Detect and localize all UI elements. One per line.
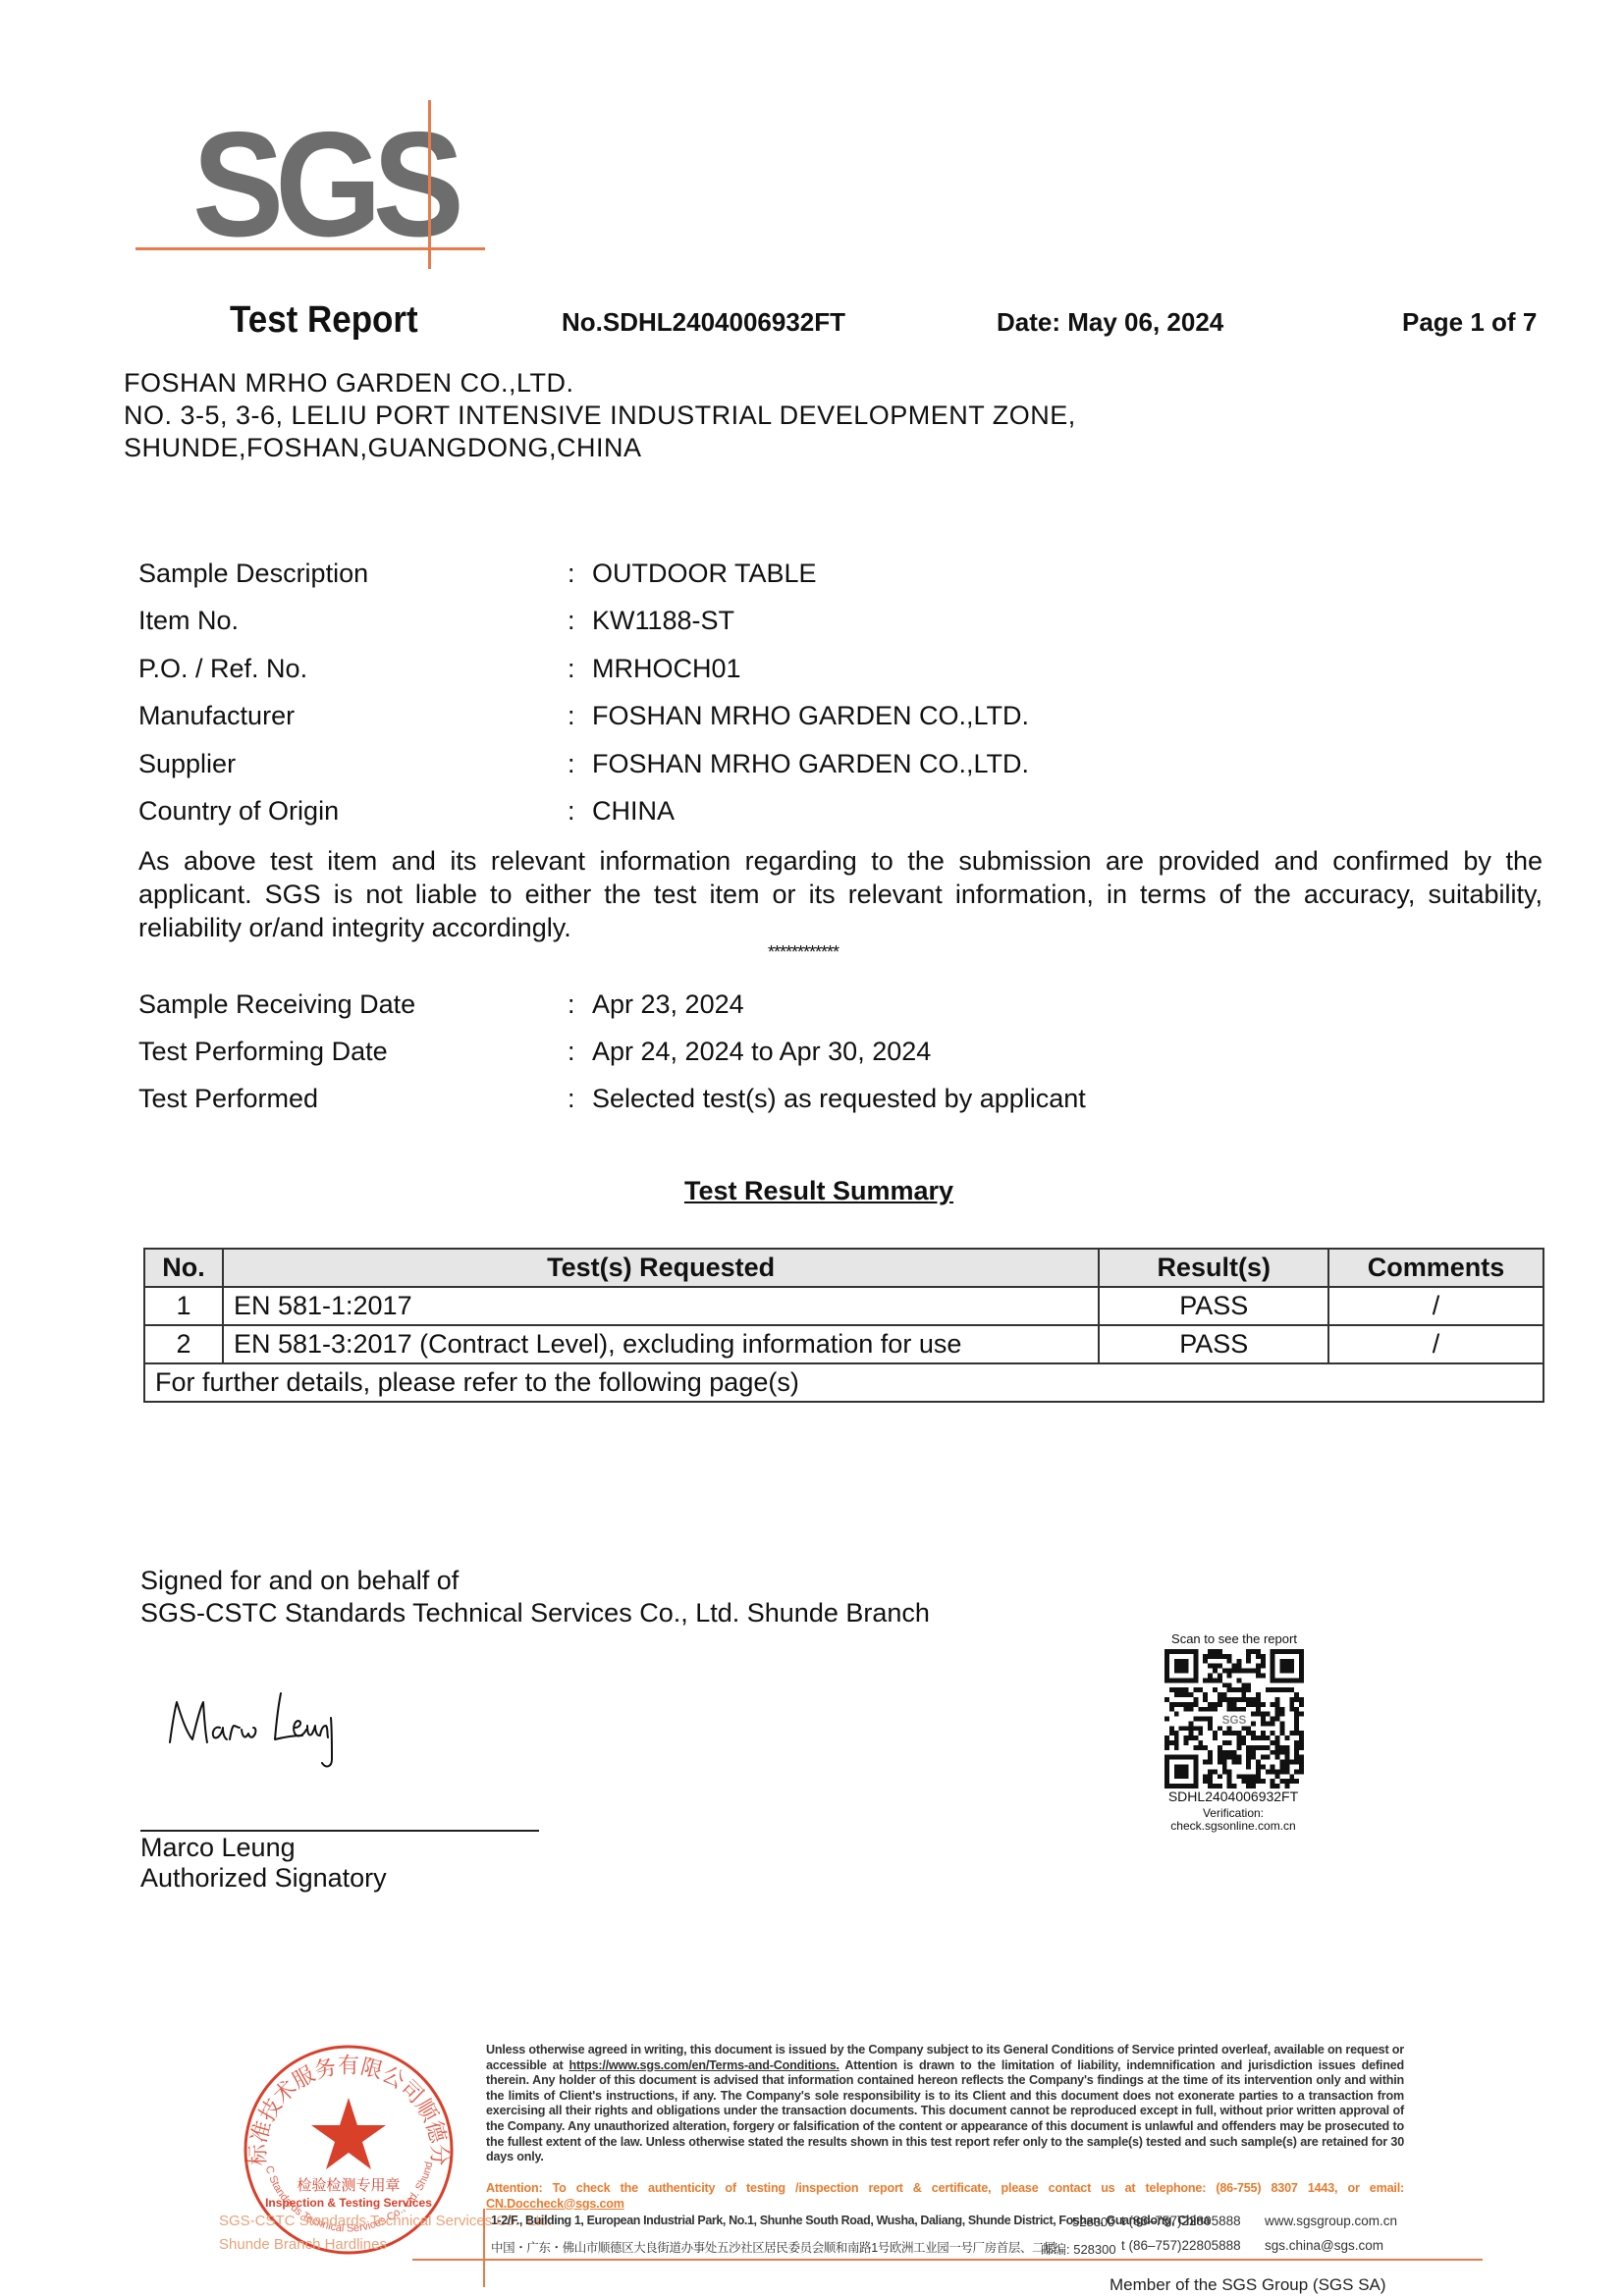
svg-text:检验检测专用章: 检验检测专用章: [297, 2176, 400, 2194]
sgs-logo-text: SGS: [192, 98, 456, 271]
qr-code[interactable]: SGS: [1164, 1649, 1304, 1789]
logo-vertical-rule: [428, 100, 431, 269]
date-colon: :: [568, 1084, 575, 1114]
detail-value: FOSHAN MRHO GARDEN CO.,LTD.: [592, 749, 1029, 779]
email-link[interactable]: sgs.china@sgs.com: [1265, 2238, 1383, 2253]
date-colon: :: [568, 1037, 575, 1067]
doccheck-email-link[interactable]: CN.Doccheck@sgs.com: [486, 2197, 624, 2211]
summary-title: Test Result Summary: [0, 1176, 1624, 1206]
applicant-name: FOSHAN MRHO GARDEN CO.,LTD.: [124, 368, 574, 399]
website-link[interactable]: www.sgsgroup.com.cn: [1265, 2214, 1397, 2228]
qr-caption: Scan to see the report: [1161, 1631, 1308, 1646]
detail-colon: :: [568, 796, 575, 827]
detail-colon: :: [568, 606, 575, 636]
detail-label: P.O. / Ref. No.: [138, 654, 307, 684]
detail-value: KW1188-ST: [592, 606, 734, 636]
detail-value: CHINA: [592, 796, 675, 827]
detail-label: Item No.: [138, 606, 239, 636]
signature-line: [140, 1830, 539, 1832]
column-header-no: No.: [144, 1249, 223, 1287]
terms-link[interactable]: https://www.sgs.com/en/Terms-and-Conditi…: [569, 2058, 839, 2072]
table-row: 1 EN 581-1:2017 PASS /: [144, 1287, 1543, 1325]
detail-colon: :: [568, 559, 575, 589]
telephone: t (86–757)22805888: [1121, 2214, 1241, 2228]
table-header-row: No. Test(s) Requested Result(s) Comments: [144, 1249, 1543, 1287]
attention-text: Attention: To check the authenticity of …: [486, 2181, 1404, 2195]
column-header-test: Test(s) Requested: [223, 1249, 1099, 1287]
signatory-role: Authorized Signatory: [140, 1863, 387, 1894]
date-value: Apr 23, 2024: [592, 989, 744, 1020]
terms-text-continued: Attention is drawn to the limitation of …: [486, 2058, 1404, 2164]
cell-comments: /: [1328, 1325, 1543, 1363]
detail-label: Sample Description: [138, 559, 368, 589]
cell-result: PASS: [1099, 1325, 1328, 1363]
verification-label: Verification:: [1151, 1806, 1316, 1820]
telephone-cn: t (86–757)22805888: [1121, 2238, 1241, 2253]
detail-colon: :: [568, 749, 575, 779]
separator-stars: ************: [768, 942, 839, 963]
detail-label: Supplier: [138, 749, 236, 779]
report-number: No.SDHL2404006932FT: [562, 307, 845, 338]
date-value: Apr 24, 2024 to Apr 30, 2024: [592, 1037, 931, 1067]
logo-horizontal-rule: [135, 247, 485, 250]
date-value: Selected test(s) as requested by applica…: [592, 1084, 1086, 1114]
detail-value: FOSHAN MRHO GARDEN CO.,LTD.: [592, 701, 1029, 731]
detail-colon: :: [568, 654, 575, 684]
date-label: Test Performing Date: [138, 1037, 388, 1067]
detail-label: Country of Origin: [138, 796, 339, 827]
address-chinese: 中国・广东・佛山市顺德区大良街道办事处五沙社区居民委员会顺和南路1号欧洲工业园一…: [491, 2238, 1056, 2256]
report-date: Date: May 06, 2024: [997, 307, 1223, 338]
detail-value: OUTDOOR TABLE: [592, 559, 817, 589]
applicant-address-line-1: NO. 3-5, 3-6, LELIU PORT INTENSIVE INDUS…: [124, 400, 1076, 431]
cell-no: 2: [144, 1325, 223, 1363]
authenticity-notice: Attention: To check the authenticity of …: [486, 2181, 1404, 2212]
star-icon: [311, 2098, 386, 2169]
signed-for-label: Signed for and on behalf of: [140, 1566, 459, 1596]
handwritten-signature: [157, 1688, 412, 1796]
results-table: No. Test(s) Requested Result(s) Comments…: [143, 1248, 1544, 1403]
date-label: Sample Receiving Date: [138, 989, 415, 1020]
detail-colon: :: [568, 701, 575, 731]
footer-vertical-rule: [483, 2209, 485, 2287]
report-title: Test Report: [230, 299, 418, 342]
cell-no: 1: [144, 1287, 223, 1325]
signing-organization: SGS-CSTC Standards Technical Services Co…: [140, 1598, 930, 1629]
terms-and-conditions: Unless otherwise agreed in writing, this…: [486, 2043, 1404, 2165]
svg-text:SGS: SGS: [1222, 1714, 1247, 1727]
date-colon: :: [568, 989, 575, 1020]
cell-test: EN 581-3:2017 (Contract Level), excludin…: [223, 1325, 1099, 1363]
sgs-logo: SGS: [135, 98, 485, 271]
footer-horizontal-rule: [412, 2259, 1483, 2261]
page-indicator: Page 1 of 7: [1402, 307, 1537, 338]
zip-english: 528300: [1072, 2215, 1114, 2229]
sgs-member-statement: Member of the SGS Group (SGS SA): [1110, 2275, 1386, 2295]
qr-report-id: SDHL2404006932FT: [1151, 1789, 1316, 1804]
table-footnote: For further details, please refer to the…: [144, 1363, 1543, 1402]
column-header-result: Result(s): [1099, 1249, 1328, 1287]
verification-site: check.sgsonline.com.cn: [1151, 1819, 1316, 1833]
cell-result: PASS: [1099, 1287, 1328, 1325]
cell-comments: /: [1328, 1287, 1543, 1325]
detail-value: MRHOCH01: [592, 654, 741, 684]
detail-label: Manufacturer: [138, 701, 295, 731]
table-footnote-row: For further details, please refer to the…: [144, 1363, 1543, 1402]
date-label: Test Performed: [138, 1084, 318, 1114]
column-header-comments: Comments: [1328, 1249, 1543, 1287]
applicant-address-line-2: SHUNDE,FOSHAN,GUANGDONG,CHINA: [124, 433, 642, 463]
signatory-name: Marco Leung: [140, 1833, 296, 1863]
applicant-disclaimer: As above test item and its relevant info…: [138, 844, 1543, 944]
cell-test: EN 581-1:2017: [223, 1287, 1099, 1325]
table-row: 2 EN 581-3:2017 (Contract Level), exclud…: [144, 1325, 1543, 1363]
stamp-company-line-2: Shunde Branch Hardlines: [219, 2236, 387, 2253]
zip-chinese: 邮编: 528300: [1041, 2239, 1116, 2258]
